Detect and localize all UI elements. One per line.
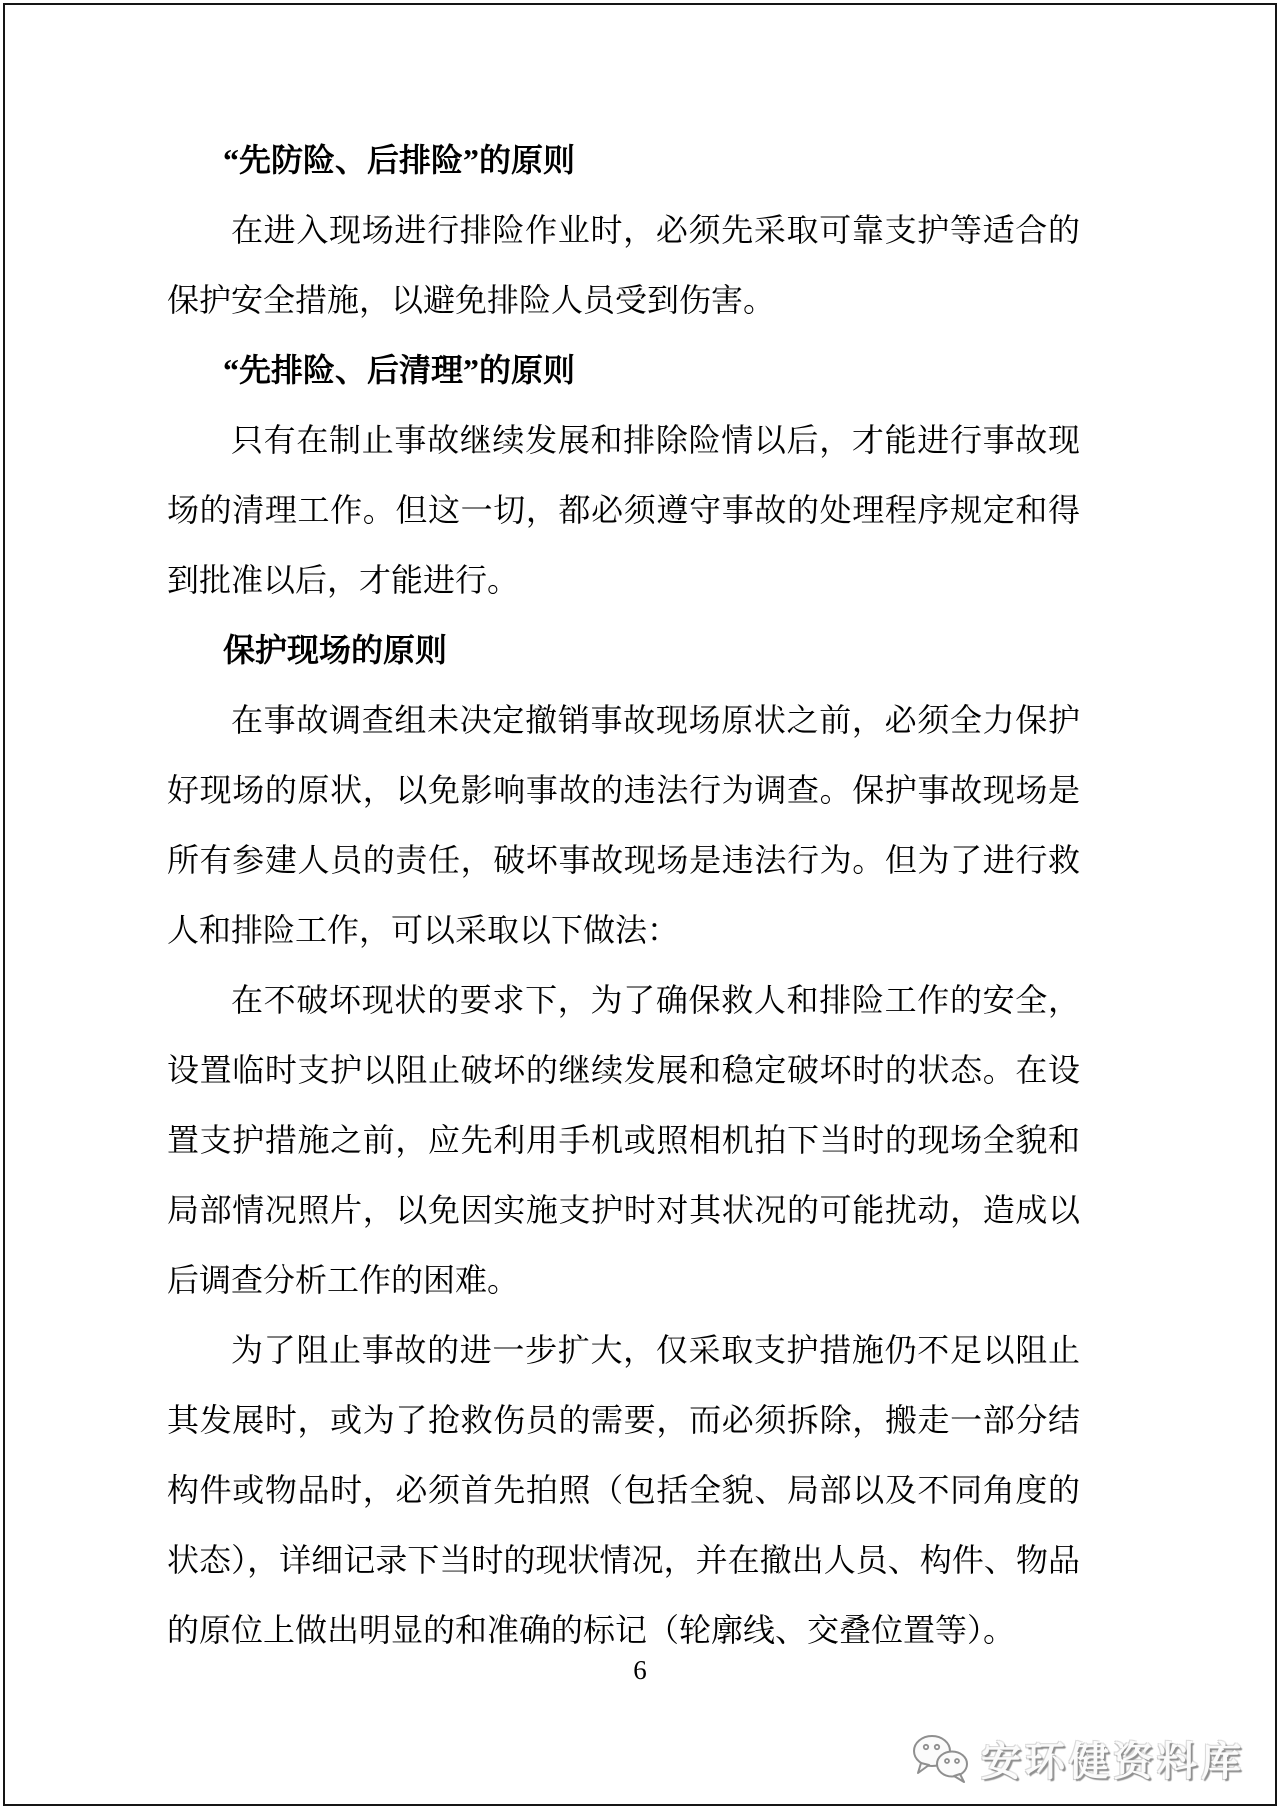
paragraph-2: 只有在制止事故继续发展和排除险情以后，才能进行事故现场的清理工作。但这一切，都必… [167, 405, 1080, 615]
paragraph-3: 在事故调查组未决定撤销事故现场原状之前，必须全力保护好现场的原状，以免影响事故的… [167, 685, 1080, 965]
paragraph-1: 在进入现场进行排险作业时，必须先采取可靠支护等适合的保护安全措施，以避免排险人员… [167, 195, 1080, 335]
section-heading-3: 保护现场的原则 [167, 615, 1080, 685]
paragraph-4: 在不破坏现状的要求下，为了确保救人和排险工作的安全，设置临时支护以阻止破坏的继续… [167, 965, 1080, 1315]
watermark: 安环健资料库 [911, 1730, 1245, 1787]
document-content: “先防险、后排险”的原则 在进入现场进行排险作业时，必须先采取可靠支护等适合的保… [167, 125, 1080, 1665]
page-number: 6 [0, 1652, 1280, 1688]
section-heading-2: “先排险、后清理”的原则 [167, 335, 1080, 405]
section-heading-1: “先防险、后排险”的原则 [167, 125, 1080, 195]
paragraph-5: 为了阻止事故的进一步扩大，仅采取支护措施仍不足以阻止其发展时，或为了抢救伤员的需… [167, 1315, 1080, 1665]
watermark-text: 安环健资料库 [981, 1730, 1245, 1787]
wechat-icon [911, 1733, 973, 1785]
